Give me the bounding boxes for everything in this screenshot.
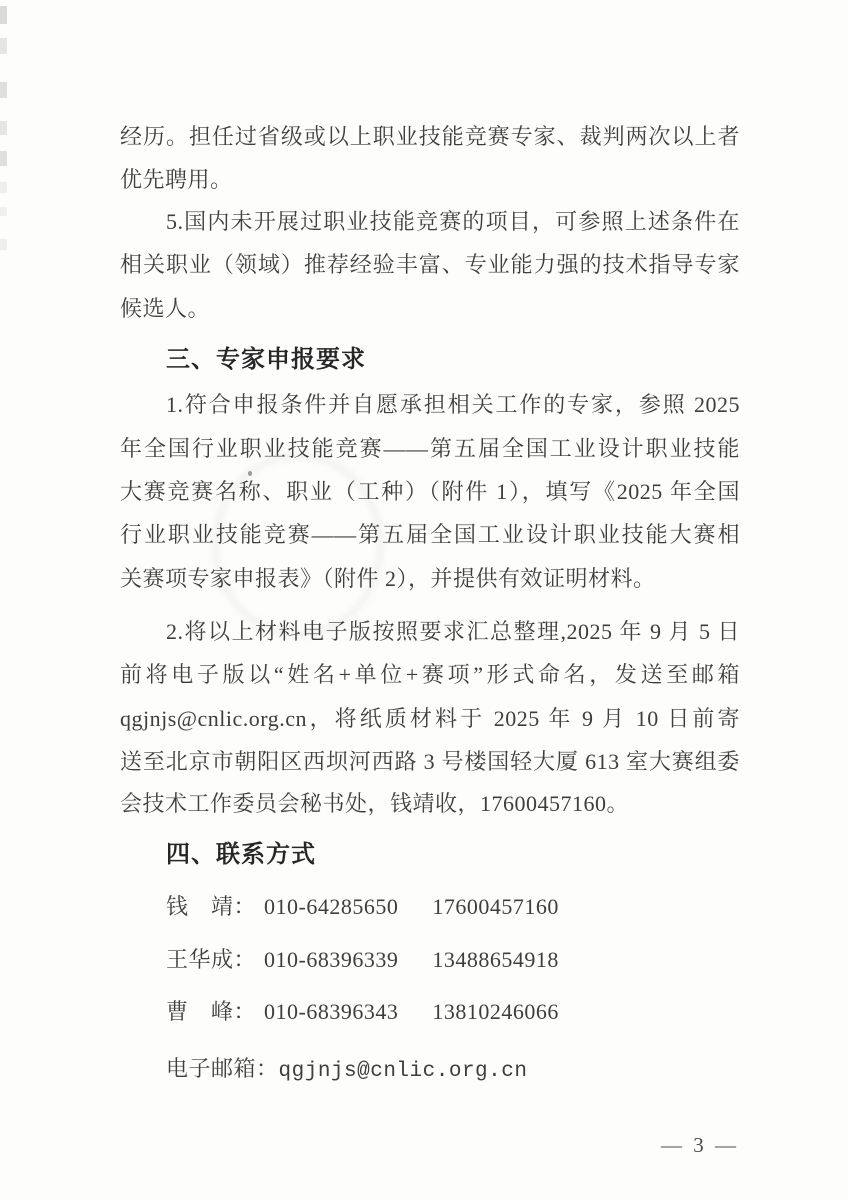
scan-edge-mark bbox=[0, 82, 7, 98]
contact-mobile: 13810246066 bbox=[432, 999, 559, 1024]
email-label: 电子邮箱： bbox=[166, 1056, 279, 1081]
body-line: 5.国内未开展过职业技能竞赛的项目，可参照上述条件在 bbox=[166, 200, 740, 243]
body-line: qgjnjs@cnlic.org.cn，将纸质材料于 2025 年 9 月 10… bbox=[120, 697, 740, 740]
body-line: 相关职业（领域）推荐经验丰富、专业能力强的技术指导专家 bbox=[120, 243, 740, 286]
page-number: — 3 — bbox=[650, 1128, 750, 1162]
email-row: 电子邮箱：qgjnjs@cnlic.org.cn bbox=[166, 1047, 527, 1090]
body-line: 优先聘用。 bbox=[120, 158, 740, 201]
body-line: 1.符合申报条件并自愿承担相关工作的专家，参照 2025 bbox=[166, 383, 740, 426]
scanned-document-page: 经历。担任过省级或以上职业技能竞赛专家、裁判两次以上者 优先聘用。 5.国内未开… bbox=[0, 0, 848, 1200]
contact-phone: 010-64285650 bbox=[264, 894, 398, 919]
body-line: 2.将以上材料电子版按照要求汇总整理,2025 年 9 月 5 日 bbox=[166, 610, 740, 653]
contact-row: 曹 峰：010-6839634313810246066 bbox=[166, 990, 559, 1033]
email-address: qgjnjs@cnlic.org.cn bbox=[279, 1060, 528, 1083]
scan-edge-mark bbox=[0, 121, 7, 135]
body-line: 送至北京市朝阳区西坝河西路 3 号楼国轻大厦 613 室大赛组委 bbox=[120, 740, 740, 783]
contact-mobile: 17600457160 bbox=[432, 894, 559, 919]
scan-edge-mark bbox=[0, 239, 7, 250]
scan-edge-mark bbox=[0, 151, 7, 166]
body-line: 年全国行业职业技能竞赛——第五届全国工业设计职业技能 bbox=[120, 427, 740, 470]
body-line: 候选人。 bbox=[120, 287, 740, 330]
body-line: 关赛项专家申报表》（附件 2），并提供有效证明材料。 bbox=[120, 557, 740, 600]
contact-mobile: 13488654918 bbox=[432, 947, 559, 972]
scan-edge-mark bbox=[0, 207, 7, 216]
body-line: 行业职业技能竞赛——第五届全国工业设计职业技能大赛相 bbox=[120, 513, 740, 556]
contact-phone: 010-68396343 bbox=[264, 999, 398, 1024]
contact-name: 钱 靖： bbox=[166, 894, 256, 919]
body-line: 会技术工作委员会秘书处，钱靖收，17600457160。 bbox=[120, 782, 740, 825]
body-line: 经历。担任过省级或以上职业技能竞赛专家、裁判两次以上者 bbox=[120, 115, 740, 158]
body-line: 前将电子版以“姓名+单位+赛项”形式命名，发送至邮箱 bbox=[120, 653, 740, 696]
contact-name: 王华成： bbox=[166, 947, 256, 972]
contact-phone: 010-68396339 bbox=[264, 947, 398, 972]
section-heading-expert-application: 三、专家申报要求 bbox=[166, 338, 366, 381]
contact-row: 王华成：010-6839633913488654918 bbox=[166, 938, 559, 981]
contact-row: 钱 靖：010-6428565017600457160 bbox=[166, 885, 559, 928]
contact-name: 曹 峰： bbox=[166, 999, 256, 1024]
scan-edge-mark bbox=[0, 6, 7, 24]
scan-edge-mark bbox=[0, 38, 7, 54]
body-line: 大赛竞赛名称、职业（工种）（附件 1），填写《2025 年全国 bbox=[120, 470, 740, 513]
section-heading-contact-info: 四、联系方式 bbox=[166, 833, 316, 876]
scan-edge-mark bbox=[0, 182, 7, 193]
